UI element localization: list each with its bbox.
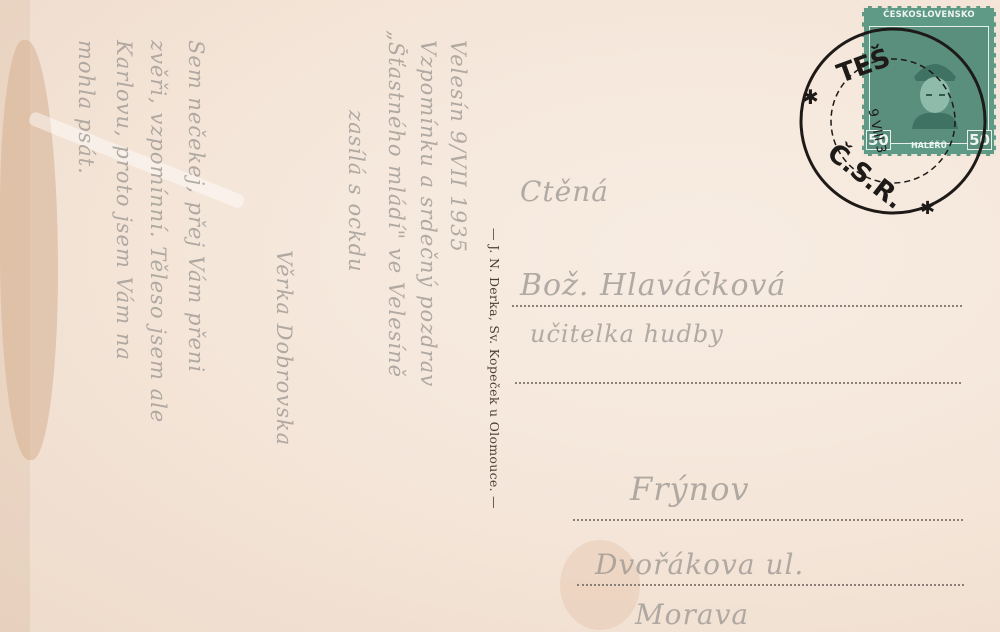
- address-line-4: [577, 584, 964, 586]
- publisher-imprint: — J. N. Derka, Sv. Kopeček u Olomouce. —: [487, 228, 502, 509]
- message-line-3: zasílá s ockdu: [344, 110, 368, 273]
- address-name: Bož. Hlaváčková: [520, 268, 786, 303]
- address-line-2: [515, 382, 961, 384]
- paper-crease: [27, 111, 245, 210]
- address-street: Dvořákova ul.: [595, 548, 804, 581]
- address-title: učitelka hudby: [530, 320, 724, 348]
- svg-text:✱: ✱: [802, 85, 819, 109]
- address-city: Frýnov: [630, 470, 750, 508]
- postmark-date: 9 VIII 3: [864, 107, 888, 154]
- address-line-3: [573, 519, 963, 521]
- address-line-1: [512, 305, 962, 307]
- postscript-line-4: mohla psát.: [74, 40, 98, 175]
- address-salutation: Ctěná: [520, 175, 609, 208]
- postmark-cancellation: ✱ ✱ Č.S.R. TEŠ 9 VIII 3: [788, 26, 998, 236]
- water-stain: [0, 40, 58, 460]
- message-signature: Věrka Dobrovska: [272, 250, 296, 446]
- postmark-town: TEŠ: [832, 41, 894, 90]
- message-line-1: Vzpomínku a srdečný pozdrav: [416, 40, 440, 387]
- postmark-country-code: Č.S.R.: [821, 136, 910, 215]
- address-region: Morava: [635, 598, 749, 631]
- message-line-2: „Šťastného mládí" ve Velesíně: [384, 30, 408, 378]
- svg-text:✱: ✱: [920, 198, 935, 219]
- message-dateline: Velesín 9/VII 1935: [446, 40, 470, 253]
- stamp-country: ČESKOSLOVENSKO: [864, 10, 994, 20]
- postscript-line-3: Karlovu, proto jsem Vám na: [112, 40, 136, 361]
- postscript-line-1: Sem nečekej, přej Vám přeni: [184, 40, 208, 373]
- postcard-back: Velesín 9/VII 1935 Vzpomínku a srdečný p…: [0, 0, 1000, 632]
- postscript-line-2: zvěři, vzpomínní. Těleso jsem ale: [146, 40, 170, 423]
